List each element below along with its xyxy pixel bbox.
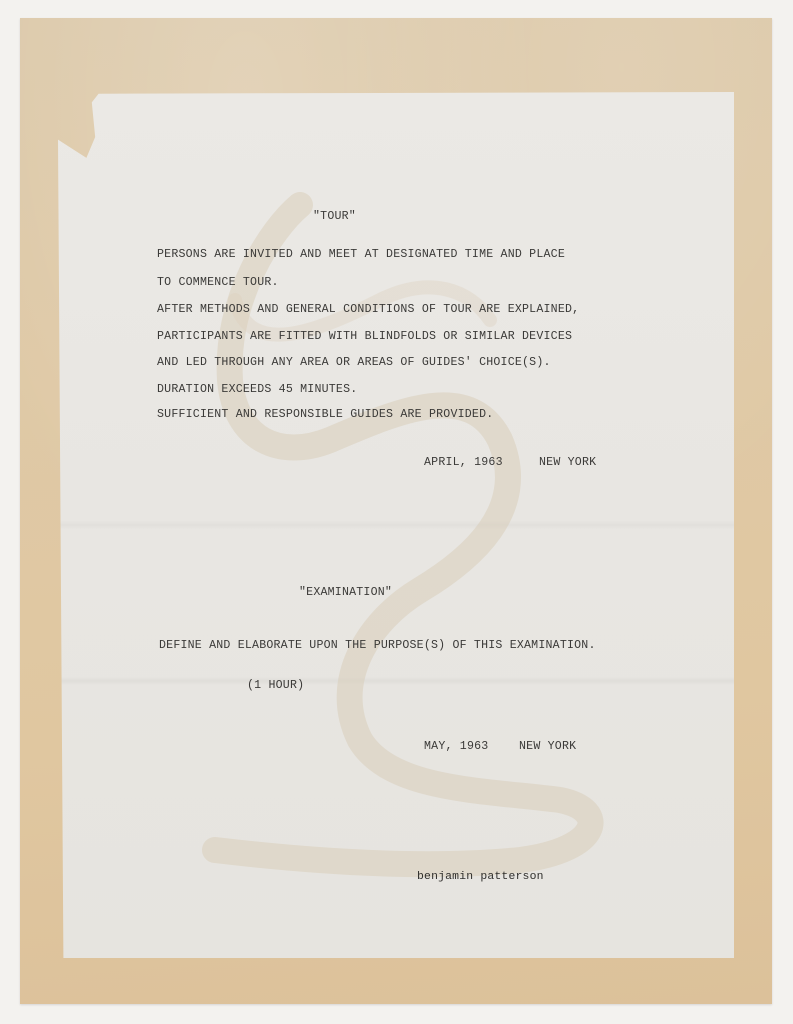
examination-title: "EXAMINATION"	[299, 587, 392, 599]
tour-line-1: PERSONS ARE INVITED AND MEET AT DESIGNAT…	[157, 249, 565, 261]
typed-tissue-sheet	[58, 92, 734, 958]
tour-title: "TOUR"	[313, 211, 356, 223]
tour-line-5: AND LED THROUGH ANY AREA OR AREAS OF GUI…	[157, 357, 551, 369]
examination-place: NEW YORK	[519, 741, 576, 753]
tour-line-6: DURATION EXCEEDS 45 MINUTES.	[157, 384, 357, 396]
examination-line-1: DEFINE AND ELABORATE UPON THE PURPOSE(S)…	[159, 640, 596, 652]
tour-line-7: SUFFICIENT AND RESPONSIBLE GUIDES ARE PR…	[157, 409, 493, 421]
examination-date: MAY, 1963	[424, 741, 488, 753]
tour-date: APRIL, 1963	[424, 457, 503, 469]
examination-duration: (1 HOUR)	[247, 680, 304, 692]
tour-line-2: TO COMMENCE TOUR.	[157, 277, 279, 289]
tour-line-4: PARTICIPANTS ARE FITTED WITH BLINDFOLDS …	[157, 331, 572, 343]
author-signature: benjamin patterson	[417, 872, 544, 883]
tour-place: NEW YORK	[539, 457, 596, 469]
tour-line-3: AFTER METHODS AND GENERAL CONDITIONS OF …	[157, 304, 579, 316]
